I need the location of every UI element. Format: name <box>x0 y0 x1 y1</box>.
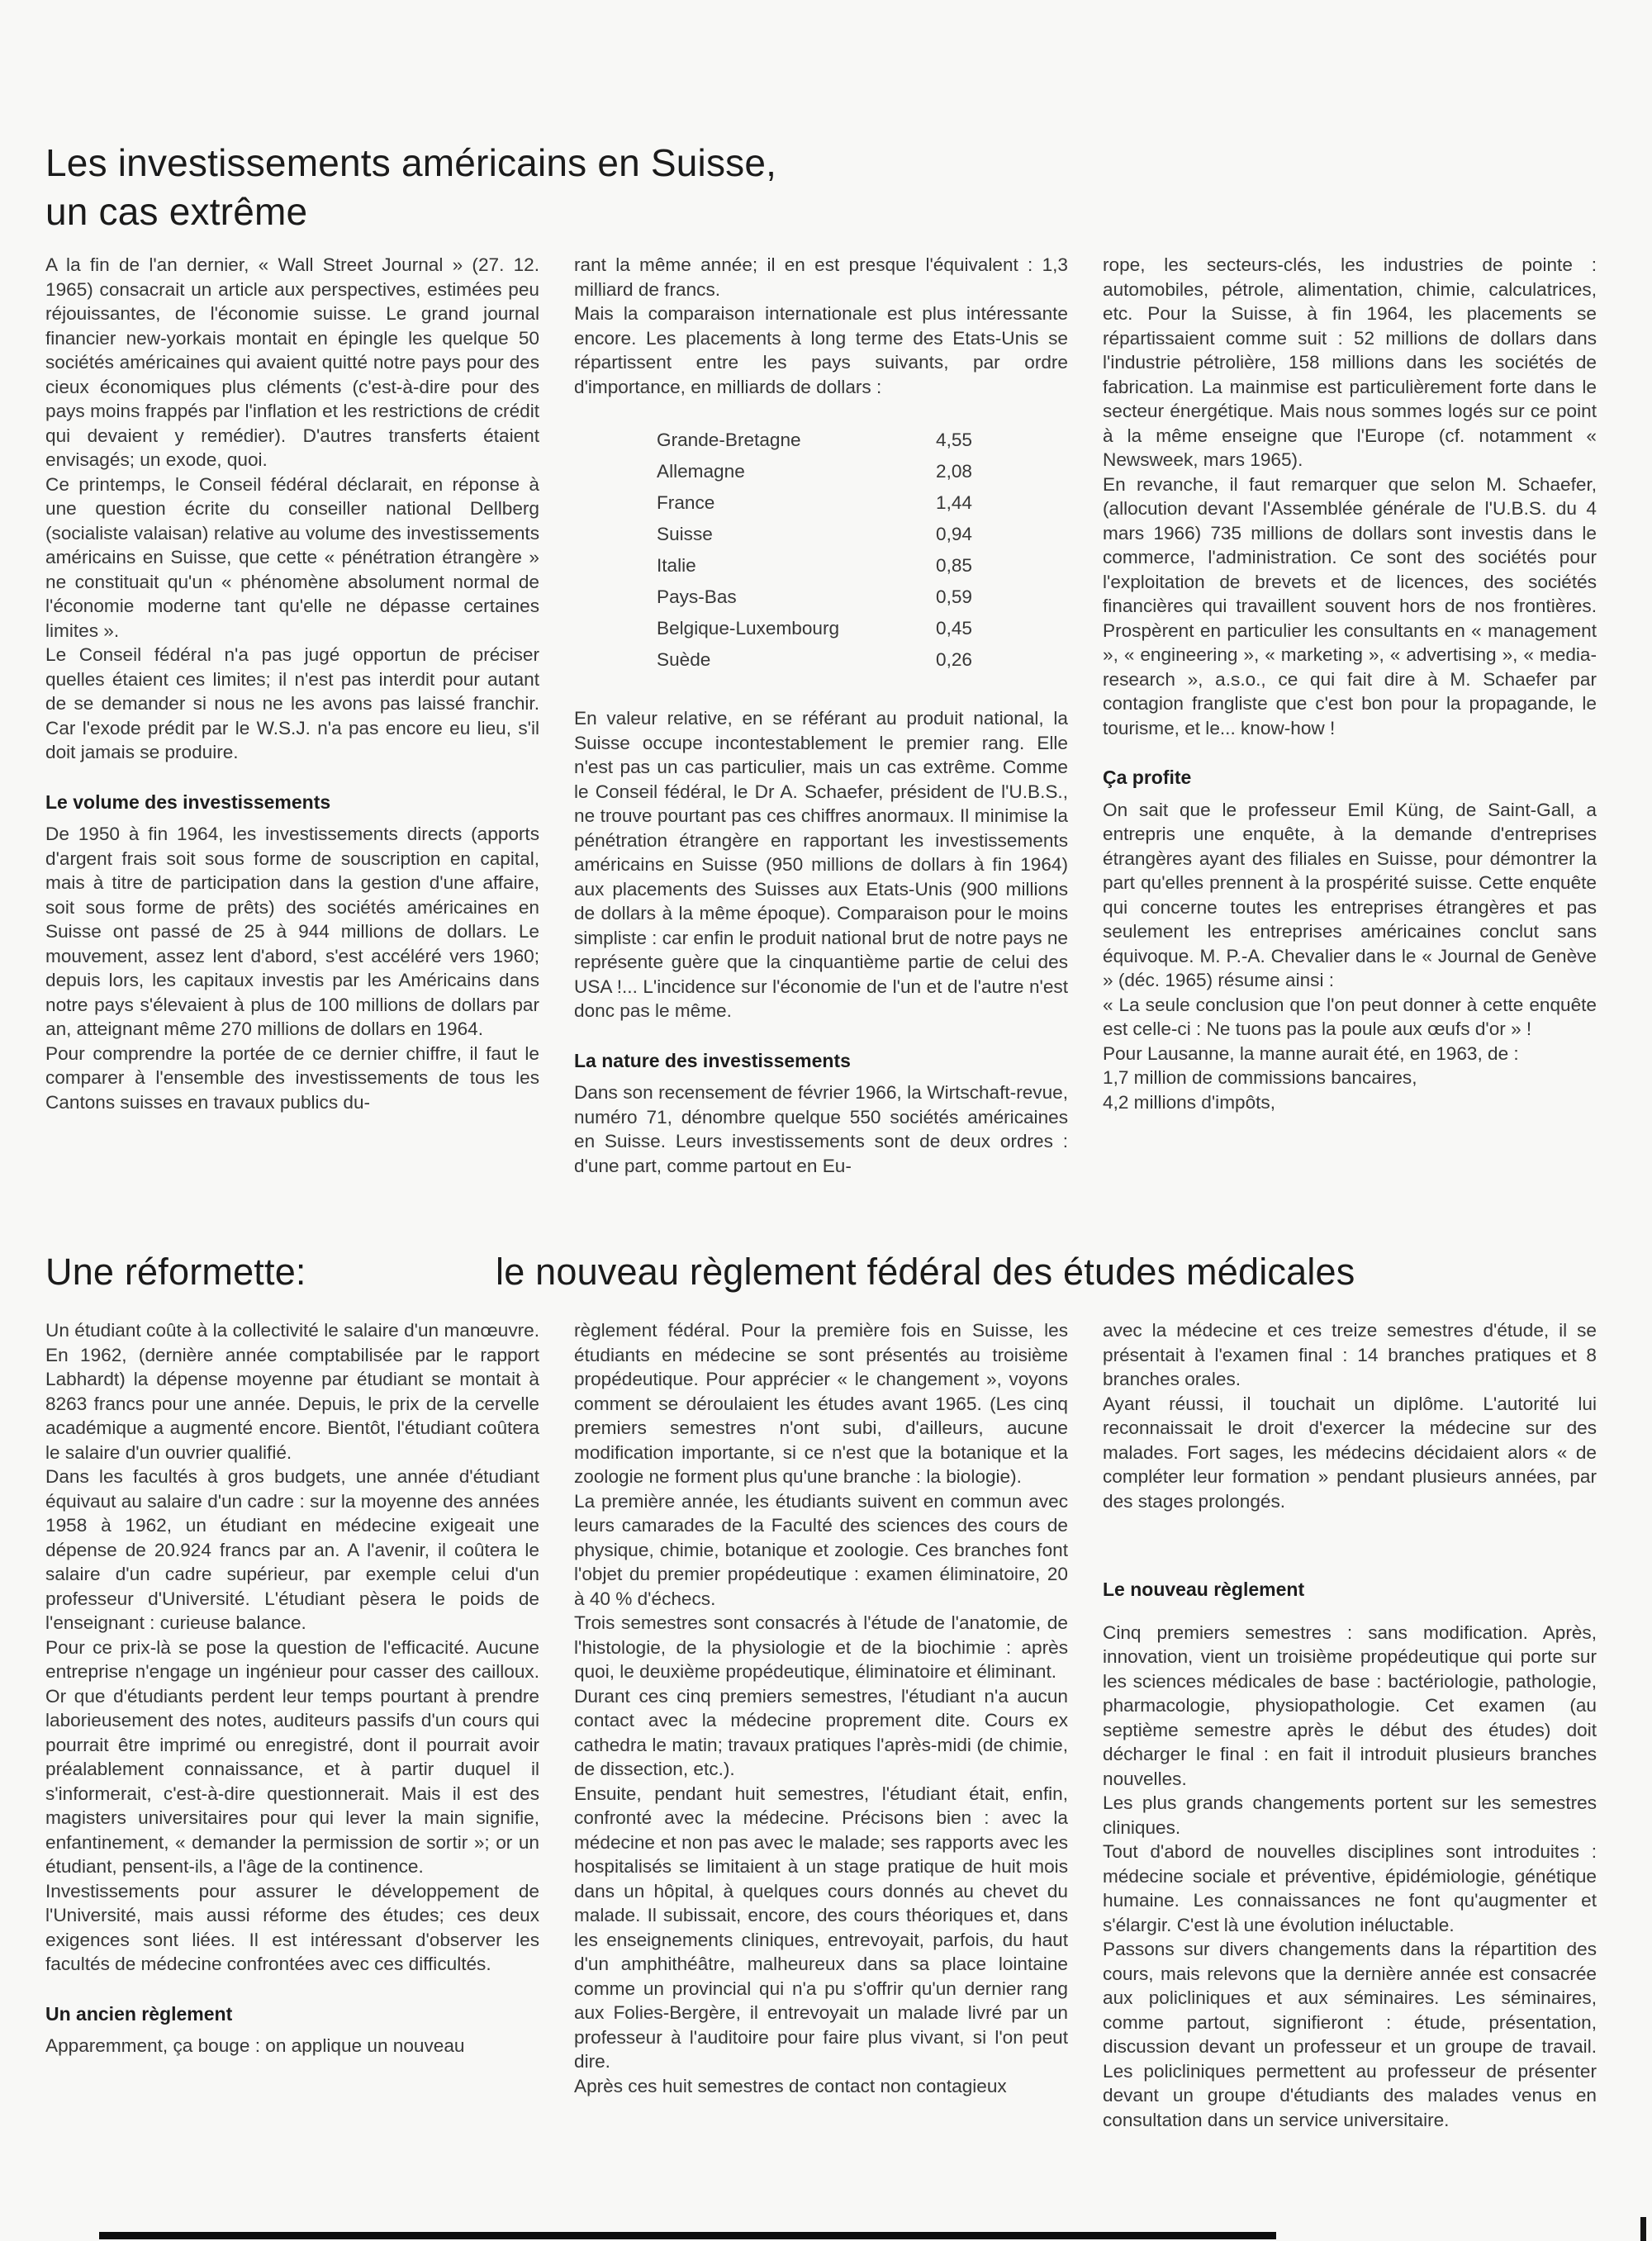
country-value: 1,44 <box>936 487 972 519</box>
paragraph: Après ces huit semestres de contact non … <box>574 2074 1068 2099</box>
subhead-volume-investissements: Le volume des investissements <box>45 791 539 815</box>
paragraph: Apparemment, ça bouge : on applique un n… <box>45 2034 539 2058</box>
article1-headline-line1: Les investissements américains en Suisse… <box>45 141 776 184</box>
article2-column-2: règlement fédéral. Pour la première fois… <box>574 1318 1068 2132</box>
country-label: Grande-Bretagne <box>657 425 801 456</box>
article2-headline-left: Une réformette: <box>45 1249 496 1295</box>
article1-headline: Les investissements américains en Suisse… <box>45 139 1598 236</box>
country-label: Suisse <box>657 519 713 550</box>
paragraph: Tout d'abord de nouvelles disciplines so… <box>1103 1840 1597 1937</box>
subhead-nature-investissements: La nature des investissements <box>574 1049 1068 1074</box>
paragraph: Investissements pour assurer le développ… <box>45 1879 539 1977</box>
article-reglement-etudes-medicales: Une réformette:le nouveau règlement fédé… <box>45 1249 1598 2132</box>
paragraph: Les plus grands changements portent sur … <box>1103 1791 1597 1840</box>
paragraph: Un étudiant coûte à la collectivité le s… <box>45 1318 539 1465</box>
paragraph: règlement fédéral. Pour la première fois… <box>574 1318 1068 1489</box>
paragraph: rant la même année; il en est presque l'… <box>574 253 1068 301</box>
country-value: 0,59 <box>936 582 972 613</box>
country-value: 0,26 <box>936 644 972 676</box>
table-row: Pays-Bas0,59 <box>657 582 972 613</box>
paragraph: De 1950 à fin 1964, les investissements … <box>45 822 539 1042</box>
country-value: 0,94 <box>936 519 972 550</box>
table-row: Belgique-Luxembourg0,45 <box>657 613 972 644</box>
paragraph: Mais la comparaison internationale est p… <box>574 301 1068 399</box>
article1-column-1: A la fin de l'an dernier, « Wall Street … <box>45 253 539 1178</box>
table-row: France1,44 <box>657 487 972 519</box>
paragraph: On sait que le professeur Emil Küng, de … <box>1103 798 1597 993</box>
subhead-ca-profite: Ça profite <box>1103 766 1597 791</box>
newspaper-page: Les investissements américains en Suisse… <box>0 0 1652 2241</box>
country-value: 2,08 <box>936 456 972 487</box>
paragraph: Cinq premiers semestres : sans modificat… <box>1103 1621 1597 1792</box>
table-row: Italie0,85 <box>657 550 972 582</box>
country-label: Allemagne <box>657 456 745 487</box>
paragraph: Dans son recensement de février 1966, la… <box>574 1080 1068 1178</box>
country-label: Belgique-Luxembourg <box>657 613 839 644</box>
paragraph: A la fin de l'an dernier, « Wall Street … <box>45 253 539 472</box>
paragraph: Le Conseil fédéral n'a pas jugé opportun… <box>45 643 539 765</box>
article2-column-3: avec la médecine et ces treize semestres… <box>1103 1318 1597 2132</box>
article2-column-1: Un étudiant coûte à la collectivité le s… <box>45 1318 539 2132</box>
table-row: Grande-Bretagne4,55 <box>657 425 972 456</box>
paragraph: « La seule conclusion que l'on peut donn… <box>1103 993 1597 1042</box>
paragraph: Pour ce prix-là se pose la question de l… <box>45 1636 539 1879</box>
paragraph: Pour comprendre la portée de ce dernier … <box>45 1042 539 1115</box>
table-row: Allemagne2,08 <box>657 456 972 487</box>
paragraph: 4,2 millions d'impôts, <box>1103 1090 1597 1115</box>
subhead-ancien-reglement: Un ancien règlement <box>45 2002 539 2027</box>
article1-column-2: rant la même année; il en est presque l'… <box>574 253 1068 1178</box>
paragraph: Trois semestres sont consacrés à l'étude… <box>574 1611 1068 1684</box>
paragraph: Durant ces cinq premiers semestres, l'ét… <box>574 1684 1068 1782</box>
paragraph: Ayant réussi, il touchait un diplôme. L'… <box>1103 1392 1597 1514</box>
country-value: 4,55 <box>936 425 972 456</box>
table-row: Suède0,26 <box>657 644 972 676</box>
paragraph: rope, les secteurs-clés, les industries … <box>1103 253 1597 472</box>
paragraph: Dans les facultés à gros budgets, une an… <box>45 1465 539 1636</box>
paragraph: Passons sur divers changements dans la r… <box>1103 1937 1597 2132</box>
paragraph: Ensuite, pendant huit semestres, l'étudi… <box>574 1782 1068 2074</box>
paragraph: 1,7 million de commissions bancaires, <box>1103 1066 1597 1090</box>
article1-column-3: rope, les secteurs-clés, les industries … <box>1103 253 1597 1178</box>
country-label: France <box>657 487 714 519</box>
article1-columns: A la fin de l'an dernier, « Wall Street … <box>45 253 1598 1178</box>
country-label: Pays-Bas <box>657 582 737 613</box>
paragraph: En valeur relative, en se référant au pr… <box>574 706 1068 1023</box>
paragraph: Ce printemps, le Conseil fédéral déclara… <box>45 472 539 643</box>
country-value: 0,45 <box>936 613 972 644</box>
country-value: 0,85 <box>936 550 972 582</box>
subhead-nouveau-reglement: Le nouveau règlement <box>1103 1578 1597 1602</box>
paragraph: En revanche, il faut remarquer que selon… <box>1103 472 1597 741</box>
article2-columns: Un étudiant coûte à la collectivité le s… <box>45 1318 1598 2132</box>
country-label: Italie <box>657 550 696 582</box>
scan-artifact-bar <box>99 2232 1276 2239</box>
paragraph: Pour Lausanne, la manne aurait été, en 1… <box>1103 1042 1597 1066</box>
scan-artifact-edge <box>1640 2217 1646 2241</box>
article1-headline-line2: un cas extrême <box>45 190 307 233</box>
paragraph: La première année, les étudiants suivent… <box>574 1489 1068 1612</box>
table-row: Suisse0,94 <box>657 519 972 550</box>
article2-headline: Une réformette:le nouveau règlement fédé… <box>45 1249 1598 1295</box>
article2-headline-right: le nouveau règlement fédéral des études … <box>496 1249 1598 1295</box>
investments-table: Grande-Bretagne4,55 Allemagne2,08 France… <box>657 425 972 676</box>
article-investissements-americains: Les investissements américains en Suisse… <box>45 139 1598 1178</box>
paragraph: avec la médecine et ces treize semestres… <box>1103 1318 1597 1392</box>
country-label: Suède <box>657 644 710 676</box>
